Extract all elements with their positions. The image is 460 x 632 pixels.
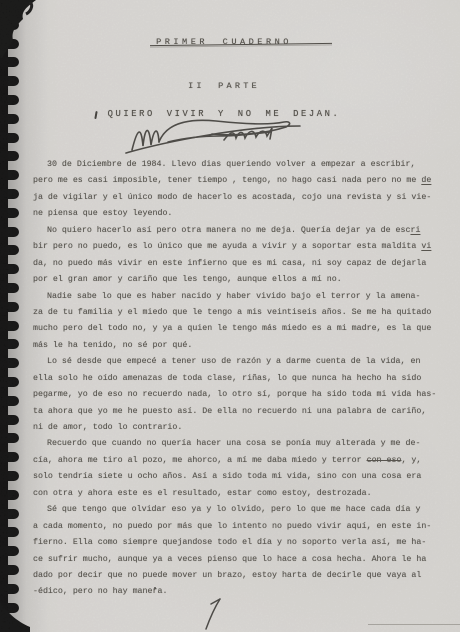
typewritten-text: 30 de Diciembre de 1984. Llevo dias quer… [33, 157, 440, 601]
binding-tooth [0, 245, 19, 255]
paragraph: Recuerdo que cuando no quería hacer una … [33, 436, 440, 502]
text-line: pero me es casi imposible, tener tiempo … [33, 173, 440, 189]
binding-tooth [0, 584, 19, 594]
binding-tooth [0, 621, 19, 631]
text-line: pegarme, yo de eso no recuerdo nada, lo … [33, 387, 440, 403]
binding-tooth [0, 133, 19, 143]
text-line: cía, ahora me tiro al pozo, me ahorco, a… [33, 453, 440, 469]
text-line: Recuerdo que cuando no quería hacer una … [33, 436, 440, 452]
binding-tooth [0, 20, 19, 30]
chapter-title: QUIERO VIVIR Y NO ME DEJAN. [0, 109, 448, 119]
text-line: ella solo he oído amenazas de toda clase… [33, 371, 440, 387]
paragraph: Nadie sabe lo que es haber nacido y habe… [33, 289, 440, 355]
binding-tooth [0, 57, 19, 67]
text-line: por el gran amor y cariño que les tengo,… [33, 272, 440, 288]
binding-tooth [0, 189, 19, 199]
binding-tooth [0, 396, 19, 406]
text-line: No quiero hacerlo así pero otra manera n… [33, 223, 440, 239]
ink-dot [154, 587, 156, 589]
binding-tooth [0, 358, 19, 368]
binding-tooth [0, 527, 19, 537]
handwritten-mark-bottom [198, 596, 226, 632]
text-line: solo tendría siete u ocho años. Así a si… [33, 469, 440, 485]
text-line: fierno. Ella como siempre quejandose tod… [33, 535, 440, 551]
text-line: dado por decir que no puede mover un bra… [33, 568, 440, 584]
text-line: ce sufrir mucho, aunque ya a veces piens… [33, 552, 440, 568]
text-line: za de tu familia y el miedo que le tengo… [33, 305, 440, 321]
paragraph: Lo sé desde que empecé a tener uso de ra… [33, 354, 440, 436]
paragraph: Sé que tengo que olvidar eso ya y lo olv… [33, 502, 440, 601]
binding-tooth [0, 452, 19, 462]
binding-tooth [0, 283, 19, 293]
binding-tooth [0, 433, 19, 443]
binding-tooth [0, 509, 19, 519]
text-line: Lo sé desde que empecé a tener uso de ra… [33, 354, 440, 370]
text-line: ta ahora que yo me he puesto así. De ell… [33, 404, 440, 420]
text-line: da, no puedo más vivir en este infierno … [33, 256, 440, 272]
text-line: ne piensa que estoy leyendo. [33, 206, 440, 222]
text-line: a cada momento, no puedo por más que lo … [33, 519, 440, 535]
binding-tooth [0, 546, 19, 556]
text-line: bir pero no puedo, es lo único que me ay… [33, 239, 440, 255]
scanned-page: PRIMER CUADERNO II PARTE QUIERO VIVIR Y … [0, 0, 460, 632]
binding-tooth [0, 490, 19, 500]
binding-tooth [0, 1, 19, 11]
paragraph: 30 de Diciembre de 1984. Llevo dias quer… [33, 157, 440, 223]
binding-tooth [0, 170, 19, 180]
binding-tooth [0, 339, 19, 349]
text-line: más le ha tenido, no sé por qué. [33, 338, 440, 354]
text-line: -édico, pero no hay manera. [33, 584, 440, 600]
binding-tooth [0, 208, 19, 218]
binding-tooth [0, 95, 19, 105]
text-line: Sé que tengo que olvidar eso ya y lo olv… [33, 502, 440, 518]
binding-tooth [0, 415, 19, 425]
text-line: 30 de Diciembre de 1984. Llevo dias quer… [33, 157, 440, 173]
binding-tooth [0, 377, 19, 387]
binding-tooth [0, 565, 19, 575]
binding-tooth [0, 264, 19, 274]
text-line: mucho pero del todo no, y ya a quien le … [33, 321, 440, 337]
text-line: con otra y ahora este es el resultado, e… [33, 486, 440, 502]
page-edge-line [368, 624, 460, 625]
part-title: II PARTE [0, 81, 448, 91]
binding-tooth [0, 227, 19, 237]
text-line: ni de amor, todo lo contrario. [33, 420, 440, 436]
binding-tooth [0, 471, 19, 481]
paragraph: No quiero hacerlo así pero otra manera n… [33, 223, 440, 289]
binding-tooth [0, 321, 19, 331]
binding-tooth [0, 302, 19, 312]
binding-tooth [0, 151, 19, 161]
text-line: ja de vigilar y el único modo de hacerlo… [33, 190, 440, 206]
text-line: Nadie sabe lo que es haber nacido y habe… [33, 289, 440, 305]
binding-tooth [0, 603, 19, 613]
